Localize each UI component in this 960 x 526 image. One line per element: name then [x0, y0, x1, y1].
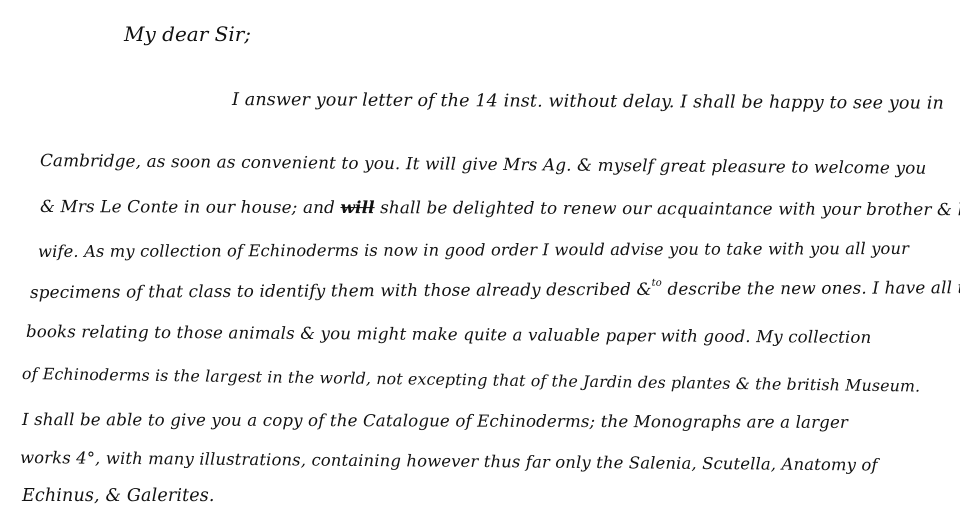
letter-line-5-part-a: specimens of that class to identify them…	[30, 279, 652, 302]
letter-line-3: & Mrs Le Conte in our house; and will sh…	[40, 196, 960, 219]
letter-line-5: specimens of that class to identify them…	[30, 277, 960, 302]
letter-line-6: books relating to those animals & you mi…	[26, 322, 872, 347]
inserted-word: to	[652, 278, 662, 289]
letter-line-7: of Echinoderms is the largest in the wor…	[22, 364, 921, 396]
letter-line-8: I shall be able to give you a copy of th…	[22, 410, 848, 432]
letter-line-3-part-a: & Mrs Le Conte in our house; and	[40, 196, 335, 217]
letter-line-10: Echinus, & Galerites.	[22, 486, 215, 506]
letter-line-3-part-b: shall be delighted to renew our acquaint…	[380, 197, 960, 219]
letter-page: My dear Sir; I answer your letter of the…	[0, 0, 960, 526]
letter-line-2: Cambridge, as soon as convenient to you.…	[40, 150, 927, 178]
letter-line-4: wife. As my collection of Echinoderms is…	[38, 239, 909, 261]
letter-line-5-part-b: describe the new ones. I have all the	[667, 277, 960, 299]
letter-salutation: My dear Sir;	[124, 22, 251, 46]
letter-line-9: works 4°, with many illustrations, conta…	[20, 448, 878, 474]
letter-line-1: I answer your letter of the 14 inst. wit…	[232, 90, 944, 114]
struck-word: will	[340, 197, 374, 217]
